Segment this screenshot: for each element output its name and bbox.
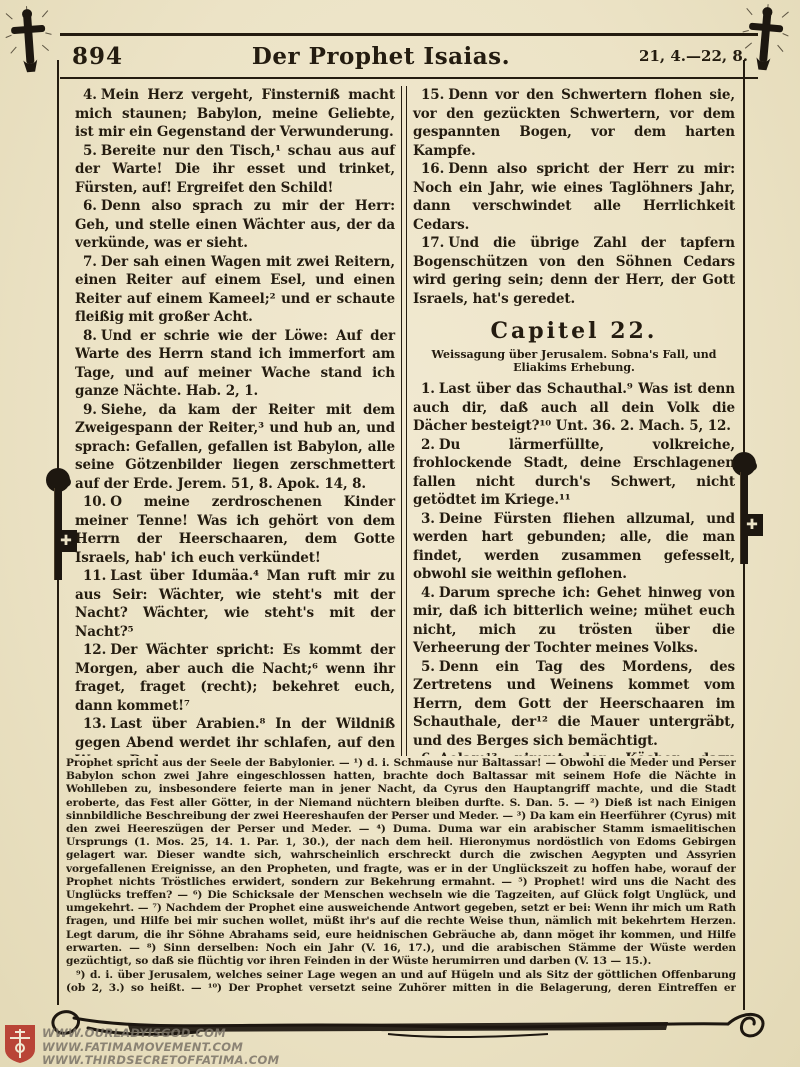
verse-number: 13. [83, 716, 106, 732]
watermark-lines: WWW.OURLADYISGOD.COM WWW.FATIMAMOVEMENT.… [42, 1024, 279, 1067]
verse-text: Du lärmerfüllte, volkreiche, frohlockend… [413, 437, 735, 509]
verse-number: 5. [421, 659, 435, 675]
footnote-paragraph: ⁹) d. i. über Jerusalem, welches seiner … [66, 969, 736, 995]
key-cross-glyph: ✚ [60, 534, 72, 548]
verse-number: 16. [421, 161, 444, 177]
verse: 15.Denn vor den Schwertern flohen sie, v… [413, 86, 735, 160]
watermark-shield-icon [4, 1024, 36, 1064]
verse-number: 1. [421, 381, 435, 397]
verse: 12.Der Wächter spricht: Es kommt der Mor… [75, 641, 395, 715]
verse-text: Und die übrige Zahl der tapfern Bogensch… [413, 235, 735, 307]
verse: 6.Aelam¹³ nimmt den Köcher, dazu Wagen u… [413, 750, 735, 756]
chapter-heading: Capitel 22. [413, 318, 735, 344]
verse-text: O meine zerdroschenen Kinder meiner Tenn… [75, 494, 395, 566]
watermark: WWW.OURLADYISGOD.COM WWW.FATIMAMOVEMENT.… [4, 1024, 279, 1067]
verse: 3.Deine Fürsten fliehen allzumal, und we… [413, 510, 735, 584]
verse-number: 15. [421, 87, 444, 103]
verse-number: 9. [83, 402, 97, 418]
verse-text: Mein Herz vergeht, Finsterniß macht mich… [75, 87, 395, 140]
verse-number: 17. [421, 235, 444, 251]
verse-range: 21, 4.—22, 8. [639, 47, 748, 65]
verse-number: 5. [83, 143, 97, 159]
verse-number: 11. [83, 568, 106, 584]
verse: 4.Mein Herz vergeht, Finsterniß macht mi… [75, 86, 395, 142]
watermark-url: WWW.OURLADYISGOD.COM [42, 1027, 279, 1041]
verse-text: Siehe, da kam der Reiter mit dem Zweiges… [75, 402, 395, 492]
key-ornament-icon: ✚ [43, 468, 73, 586]
watermark-url: WWW.THIRDSECRETOFFATIMA.COM [42, 1054, 279, 1067]
right-column: 15.Denn vor den Schwertern flohen sie, v… [413, 86, 735, 756]
footnotes-block: Prophet spricht aus der Seele der Babylo… [66, 757, 736, 995]
verse: 11.Last über Idumäa.⁴ Man ruft mir zu au… [75, 567, 395, 641]
verse-number: 8. [83, 328, 97, 344]
verse-number: 6. [83, 198, 97, 214]
verse-text: Last über Arabien.⁸ In der Wildniß gegen… [75, 716, 395, 756]
verse-number: 4. [421, 585, 435, 601]
verse: 8.Und er schrie wie der Löwe: Auf der Wa… [75, 327, 395, 401]
verse: 13.Last über Arabien.⁸ In der Wildniß ge… [75, 715, 395, 756]
verse-number: 10. [83, 494, 106, 510]
verse-text: Denn also spricht der Herr zu mir: Noch … [413, 161, 735, 233]
verse-text: Deine Fürsten fliehen allzumal, und werd… [413, 511, 735, 583]
watermark-url: WWW.FATIMAMOVEMENT.COM [42, 1041, 279, 1055]
verse-text: Denn vor den Schwertern flohen sie, vor … [413, 87, 735, 159]
verse: 9.Siehe, da kam der Reiter mit dem Zweig… [75, 401, 395, 494]
verse: 5.Bereite nur den Tisch,¹ schau aus auf … [75, 142, 395, 198]
chapter-summary: Weissagung über Jerusalem. Sobna's Fall,… [413, 348, 735, 374]
verse-text: Denn also sprach zu mir der Herr: Geh, u… [75, 198, 395, 251]
verse-text: Der Wächter spricht: Es kommt der Morgen… [75, 642, 395, 714]
verse-number: 12. [83, 642, 106, 658]
verse-number: 7. [83, 254, 97, 270]
verse-text: Und er schrie wie der Löwe: Auf der Wart… [75, 328, 395, 400]
page-header: 894 Der Prophet Isaias. 21, 4.—22, 8. [72, 38, 748, 74]
header-rule [60, 77, 758, 79]
text-columns: 4.Mein Herz vergeht, Finsterniß macht mi… [75, 86, 735, 756]
verse: 5.Denn ein Tag des Mordens, des Zertrete… [413, 658, 735, 751]
verse-text: Last über Idumäa.⁴ Man ruft mir zu aus S… [75, 568, 395, 640]
scanned-bible-page: ✚ ✚ 894 Der Prophet Isaias. 21, 4.—22, 8… [0, 0, 800, 1067]
verse-number: 6. [421, 751, 435, 756]
column-divider [401, 86, 407, 756]
corner-cross-icon [4, 4, 55, 79]
verse: 6.Denn also sprach zu mir der Herr: Geh,… [75, 197, 395, 253]
verse-text: Darum spreche ich: Gehet hinweg von mir,… [413, 585, 735, 657]
verse-number: 2. [421, 437, 435, 453]
verse-number: 3. [421, 511, 435, 527]
page-title: Der Prophet Isaias. [123, 43, 639, 70]
verse-text: Bereite nur den Tisch,¹ schau aus auf de… [75, 143, 395, 196]
verse-number: 4. [83, 87, 97, 103]
left-column: 4.Mein Herz vergeht, Finsterniß macht mi… [75, 86, 395, 756]
verse-text: Aelam¹³ nimmt den Köcher, dazu Wagen und… [413, 751, 735, 756]
verse: 1.Last über das Schauthal.⁹ Was ist denn… [413, 380, 735, 436]
verse-text: Last über das Schauthal.⁹ Was ist denn a… [413, 381, 735, 434]
verse: 17.Und die übrige Zahl der tapfern Bogen… [413, 234, 735, 308]
footnote-paragraph: Prophet spricht aus der Seele der Babylo… [66, 757, 736, 968]
verse: 10.O meine zerdroschenen Kinder meiner T… [75, 493, 395, 567]
verse: 4.Darum spreche ich: Gehet hinweg von mi… [413, 584, 735, 658]
page-number: 894 [72, 43, 123, 70]
verse-text: Der sah einen Wagen mit zwei Reitern, ei… [75, 254, 395, 326]
top-rule [60, 33, 758, 36]
verse: 16.Denn also spricht der Herr zu mir: No… [413, 160, 735, 234]
verse-text: Denn ein Tag des Mordens, des Zertretens… [413, 659, 735, 749]
key-cross-glyph: ✚ [746, 518, 758, 532]
verse: 2.Du lärmerfüllte, volkreiche, frohlocke… [413, 436, 735, 510]
verse: 7.Der sah einen Wagen mit zwei Reitern, … [75, 253, 395, 327]
